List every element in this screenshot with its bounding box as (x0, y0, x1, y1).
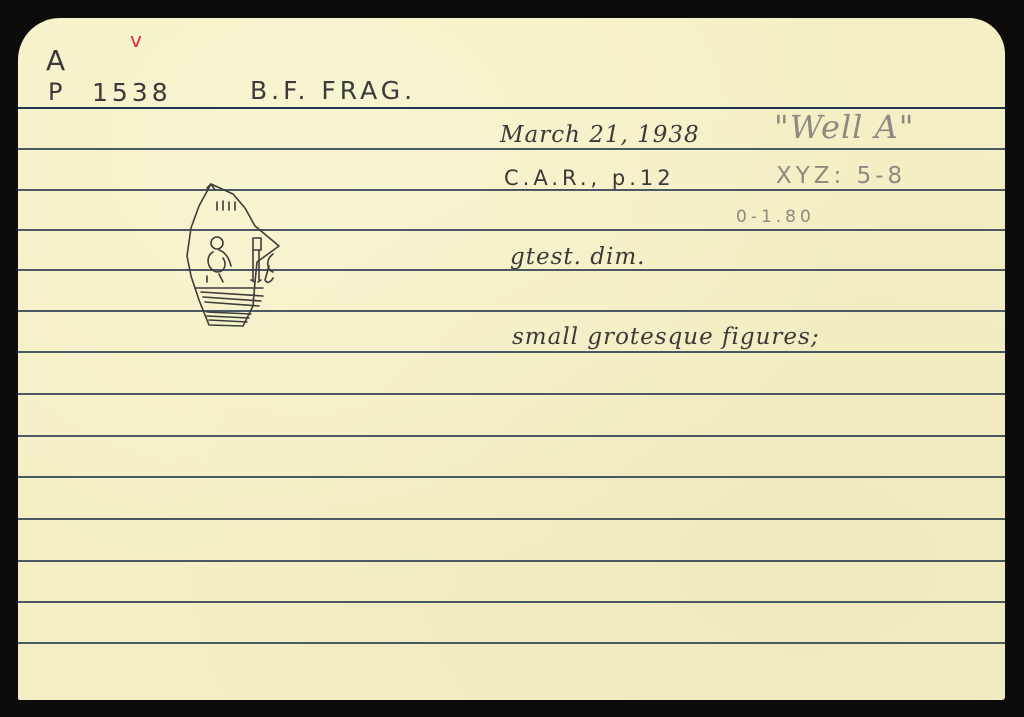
excavation-location: "Well A" (774, 108, 914, 146)
dimensions-note: gtest. dim. (510, 244, 645, 270)
excavation-date: March 21, 1938 (500, 122, 700, 148)
ruled-line (18, 435, 1005, 437)
ruled-line (18, 310, 1005, 312)
catalog-prefix-top: A (46, 44, 69, 77)
ruled-line (18, 642, 1005, 644)
scan-background: v A P 1538 B.F. FRAG. March 21, 1938 "We… (0, 0, 1024, 717)
object-type: B.F. FRAG. (250, 76, 416, 105)
grid-coordinates: XYZ: 5-8 (776, 163, 906, 189)
ruled-line (18, 351, 1005, 353)
index-card: v A P 1538 B.F. FRAG. March 21, 1938 "We… (18, 18, 1005, 700)
ruled-line (18, 148, 1005, 150)
check-mark: v (130, 28, 146, 52)
sherd-sketch-icon (173, 180, 283, 330)
catalog-prefix-bottom: P (48, 78, 66, 106)
ruled-line (18, 560, 1005, 562)
catalog-number: 1538 (92, 78, 172, 107)
depth-range: 0-1.80 (736, 207, 815, 227)
ruled-line (18, 393, 1005, 395)
ruled-line (18, 601, 1005, 603)
ruled-line (18, 518, 1005, 520)
ruled-line (18, 229, 1005, 231)
publication-reference: C.A.R., p.12 (504, 166, 675, 190)
description-note: small grotesque figures; (512, 324, 820, 350)
ruled-line (18, 476, 1005, 478)
